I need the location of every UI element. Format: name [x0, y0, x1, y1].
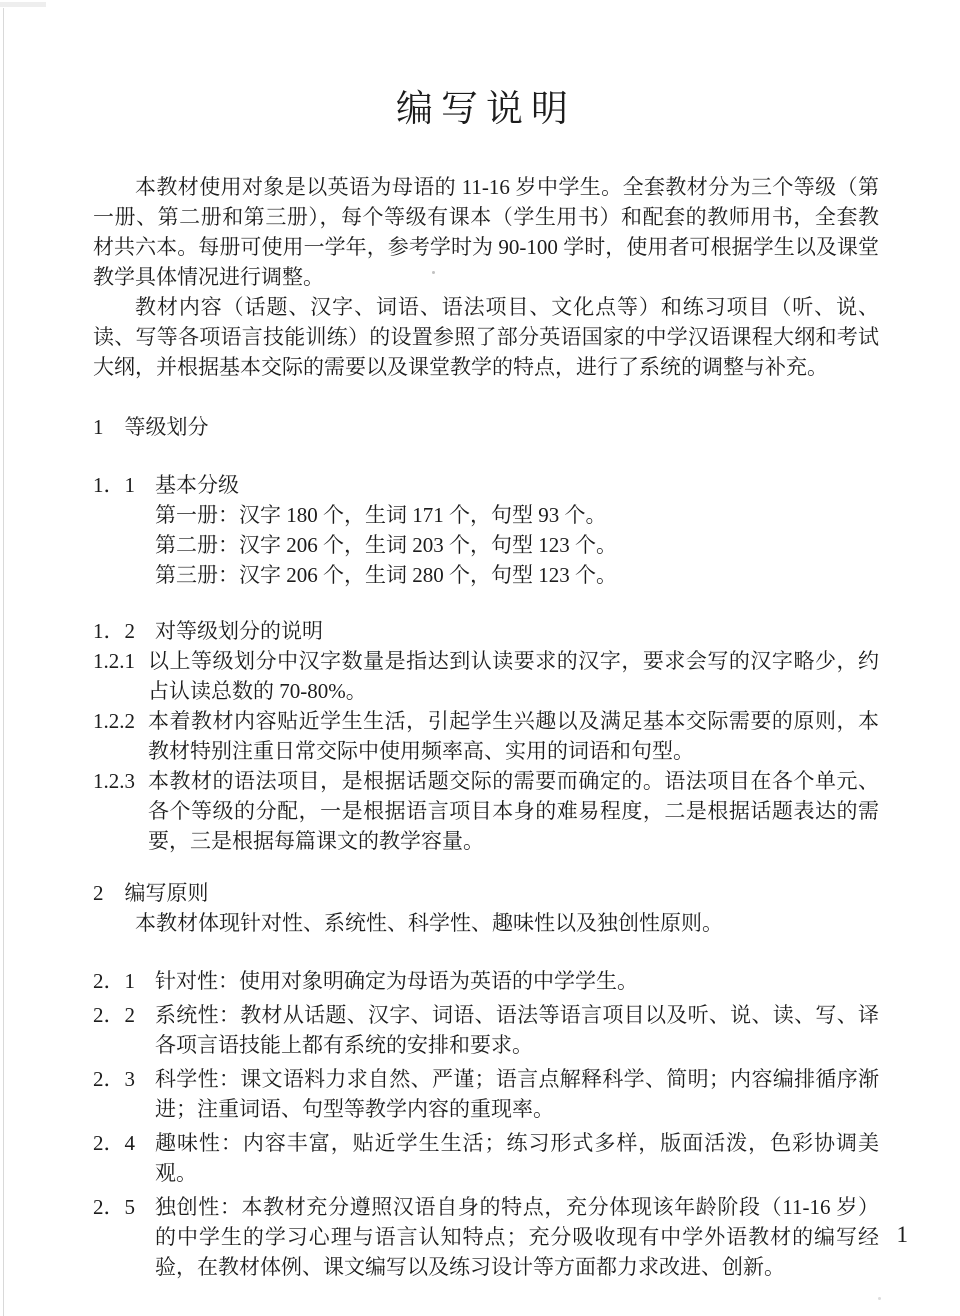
note-item-number: 1.2.1: [93, 646, 135, 676]
note-item-text: 以上等级划分中汉字数量是指达到认读要求的汉字，要求会写的汉字略少，约占认读总数的…: [148, 649, 879, 703]
principle-item-2-1: 2．1 针对性：使用对象明确定为母语为英语的中学学生。: [93, 966, 879, 996]
principle-number: 2．4: [93, 1128, 135, 1158]
note-item-1-2-2: 1.2.2 本着教材内容贴近学生生活，引起学生兴趣以及满足基本交际需要的原则，本…: [93, 706, 879, 766]
note-item-1-2-1: 1.2.1 以上等级划分中汉字数量是指达到认读要求的汉字，要求会写的汉字略少，约…: [93, 646, 879, 706]
section-1-2-items: 1.2.1 以上等级划分中汉字数量是指达到认读要求的汉字，要求会写的汉字略少，约…: [93, 646, 879, 856]
scan-smudge: [0, 2, 46, 7]
note-item-number: 1.2.2: [93, 706, 135, 736]
section-2-intro: 本教材体现针对性、系统性、科学性、趣味性以及独创性原则。: [93, 908, 879, 938]
principle-item-2-3: 2．3 科学性：课文语料力求自然、严谨；语言点解释科学、简明；内容编排循序渐进；…: [93, 1064, 879, 1124]
principle-item-2-4: 2．4 趣味性：内容丰富，贴近学生生活；练习形式多样，版面活泼，色彩协调美观。: [93, 1128, 879, 1188]
page-title: 编写说明: [93, 86, 879, 134]
principle-text: 系统性：教材从话题、汉字、词语、语法等语言项目以及听、说、读、写、译各项言语技能…: [155, 1003, 879, 1057]
principle-number: 2．5: [93, 1192, 135, 1222]
book-level-item: 第二册：汉字 206 个，生词 203 个，句型 123 个。: [93, 530, 879, 560]
principle-item-2-2: 2．2 系统性：教材从话题、汉字、词语、语法等语言项目以及听、说、读、写、译各项…: [93, 1000, 879, 1060]
scan-artifact-dot: [878, 1297, 881, 1300]
intro-paragraph-1: 本教材使用对象是以英语为母语的 11-16 岁中学生。全套教材分为三个等级（第一…: [93, 172, 879, 292]
principle-number: 2．3: [93, 1064, 135, 1094]
section-1-2-heading: 1．2 对等级划分的说明: [93, 616, 879, 646]
section-2-heading: 2 编写原则: [93, 878, 879, 908]
section-2-items: 2．1 针对性：使用对象明确定为母语为英语的中学学生。 2．2 系统性：教材从话…: [93, 966, 879, 1282]
book-2-stats: 第二册：汉字 206 个，生词 203 个，句型 123 个。: [155, 533, 617, 557]
section-1-2-label: 对等级划分的说明: [155, 619, 323, 643]
principle-number: 2．1: [93, 966, 135, 996]
book-level-list: 第一册：汉字 180 个，生词 171 个，句型 93 个。 第二册：汉字 20…: [93, 500, 879, 590]
section-1-1-label: 基本分级: [155, 473, 239, 497]
book-level-item: 第一册：汉字 180 个，生词 171 个，句型 93 个。: [93, 500, 879, 530]
principle-text: 独创性：本教材充分遵照汉语自身的特点，充分体现该年龄阶段（11-16 岁）的中学…: [155, 1195, 879, 1279]
section-1-heading: 1 等级划分: [93, 412, 879, 442]
principle-text: 科学性：课文语料力求自然、严谨；语言点解释科学、简明；内容编排循序渐进；注重词语…: [155, 1067, 879, 1121]
section-1-1-heading: 1．1 基本分级: [93, 470, 879, 500]
note-item-text: 本着教材内容贴近学生生活，引起学生兴趣以及满足基本交际需要的原则，本教材特别注重…: [148, 709, 879, 763]
section-1-1-number: 1．1: [93, 470, 135, 500]
section-1-2-number: 1．2: [93, 616, 135, 646]
intro-paragraph-2: 教材内容（话题、汉字、词语、语法项目、文化点等）和练习项目（听、说、读、写等各项…: [93, 292, 879, 382]
principle-text: 趣味性：内容丰富，贴近学生生活；练习形式多样，版面活泼，色彩协调美观。: [155, 1131, 879, 1185]
principle-item-2-5: 2．5 独创性：本教材充分遵照汉语自身的特点，充分体现该年龄阶段（11-16 岁…: [93, 1192, 879, 1282]
note-item-text: 本教材的语法项目，是根据话题交际的需要而确定的。语法项目在各个单元、各个等级的分…: [148, 769, 879, 853]
note-item-1-2-3: 1.2.3 本教材的语法项目，是根据话题交际的需要而确定的。语法项目在各个单元、…: [93, 766, 879, 856]
principle-text: 针对性：使用对象明确定为母语为英语的中学学生。: [155, 969, 638, 993]
principle-number: 2．2: [93, 1000, 135, 1030]
book-1-stats: 第一册：汉字 180 个，生词 171 个，句型 93 个。: [155, 503, 607, 527]
page-number: 1: [897, 1220, 909, 1250]
book-level-item: 第三册：汉字 206 个，生词 280 个，句型 123 个。: [93, 560, 879, 590]
book-3-stats: 第三册：汉字 206 个，生词 280 个，句型 123 个。: [155, 563, 617, 587]
note-item-number: 1.2.3: [93, 766, 135, 796]
document-page: 编写说明 本教材使用对象是以英语为母语的 11-16 岁中学生。全套教材分为三个…: [93, 0, 879, 1286]
scan-page-edge: [3, 8, 4, 1316]
